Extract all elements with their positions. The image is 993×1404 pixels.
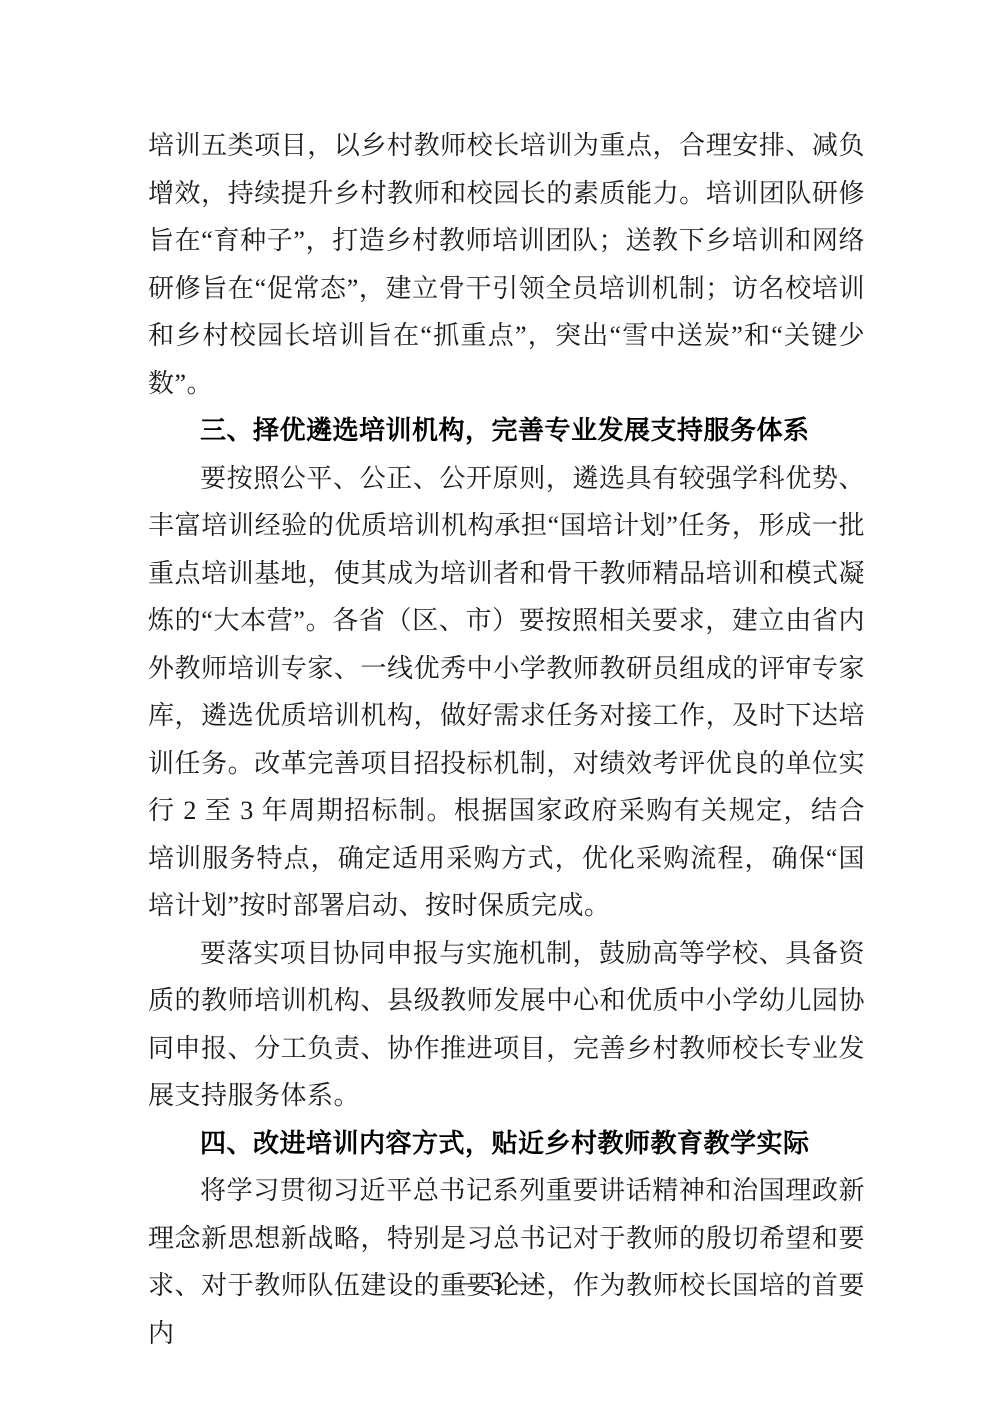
section-heading-three: 三、择优遴选培训机构，完善专业发展支持服务体系 [148, 407, 865, 455]
page-footer: —3— [0, 1262, 993, 1302]
section-heading-four: 四、改进培训内容方式，贴近乡村教师教育教学实际 [148, 1120, 865, 1168]
document-body: 培训五类项目，以乡村教师校长培训为重点，合理安排、减负增效，持续提升乡村教师和校… [148, 122, 865, 1357]
paragraph-collaborative-application: 要落实项目协同申报与实施机制，鼓励高等学校、具备资质的教师培训机构、县级教师发展… [148, 930, 865, 1120]
page-number-dash-left: — [450, 1267, 476, 1296]
paragraph-continuation: 培训五类项目，以乡村教师校长培训为重点，合理安排、减负增效，持续提升乡村教师和校… [148, 122, 865, 407]
page-number-dash-right: — [517, 1267, 543, 1296]
page-number-value: 3 [490, 1262, 503, 1302]
paragraph-training-institution-selection: 要按照公平、公正、公开原则，遴选具有较强学科优势、丰富培训经验的优质培训机构承担… [148, 455, 865, 930]
document-page: 培训五类项目，以乡村教师校长培训为重点，合理安排、减负增效，持续提升乡村教师和校… [0, 0, 993, 1404]
